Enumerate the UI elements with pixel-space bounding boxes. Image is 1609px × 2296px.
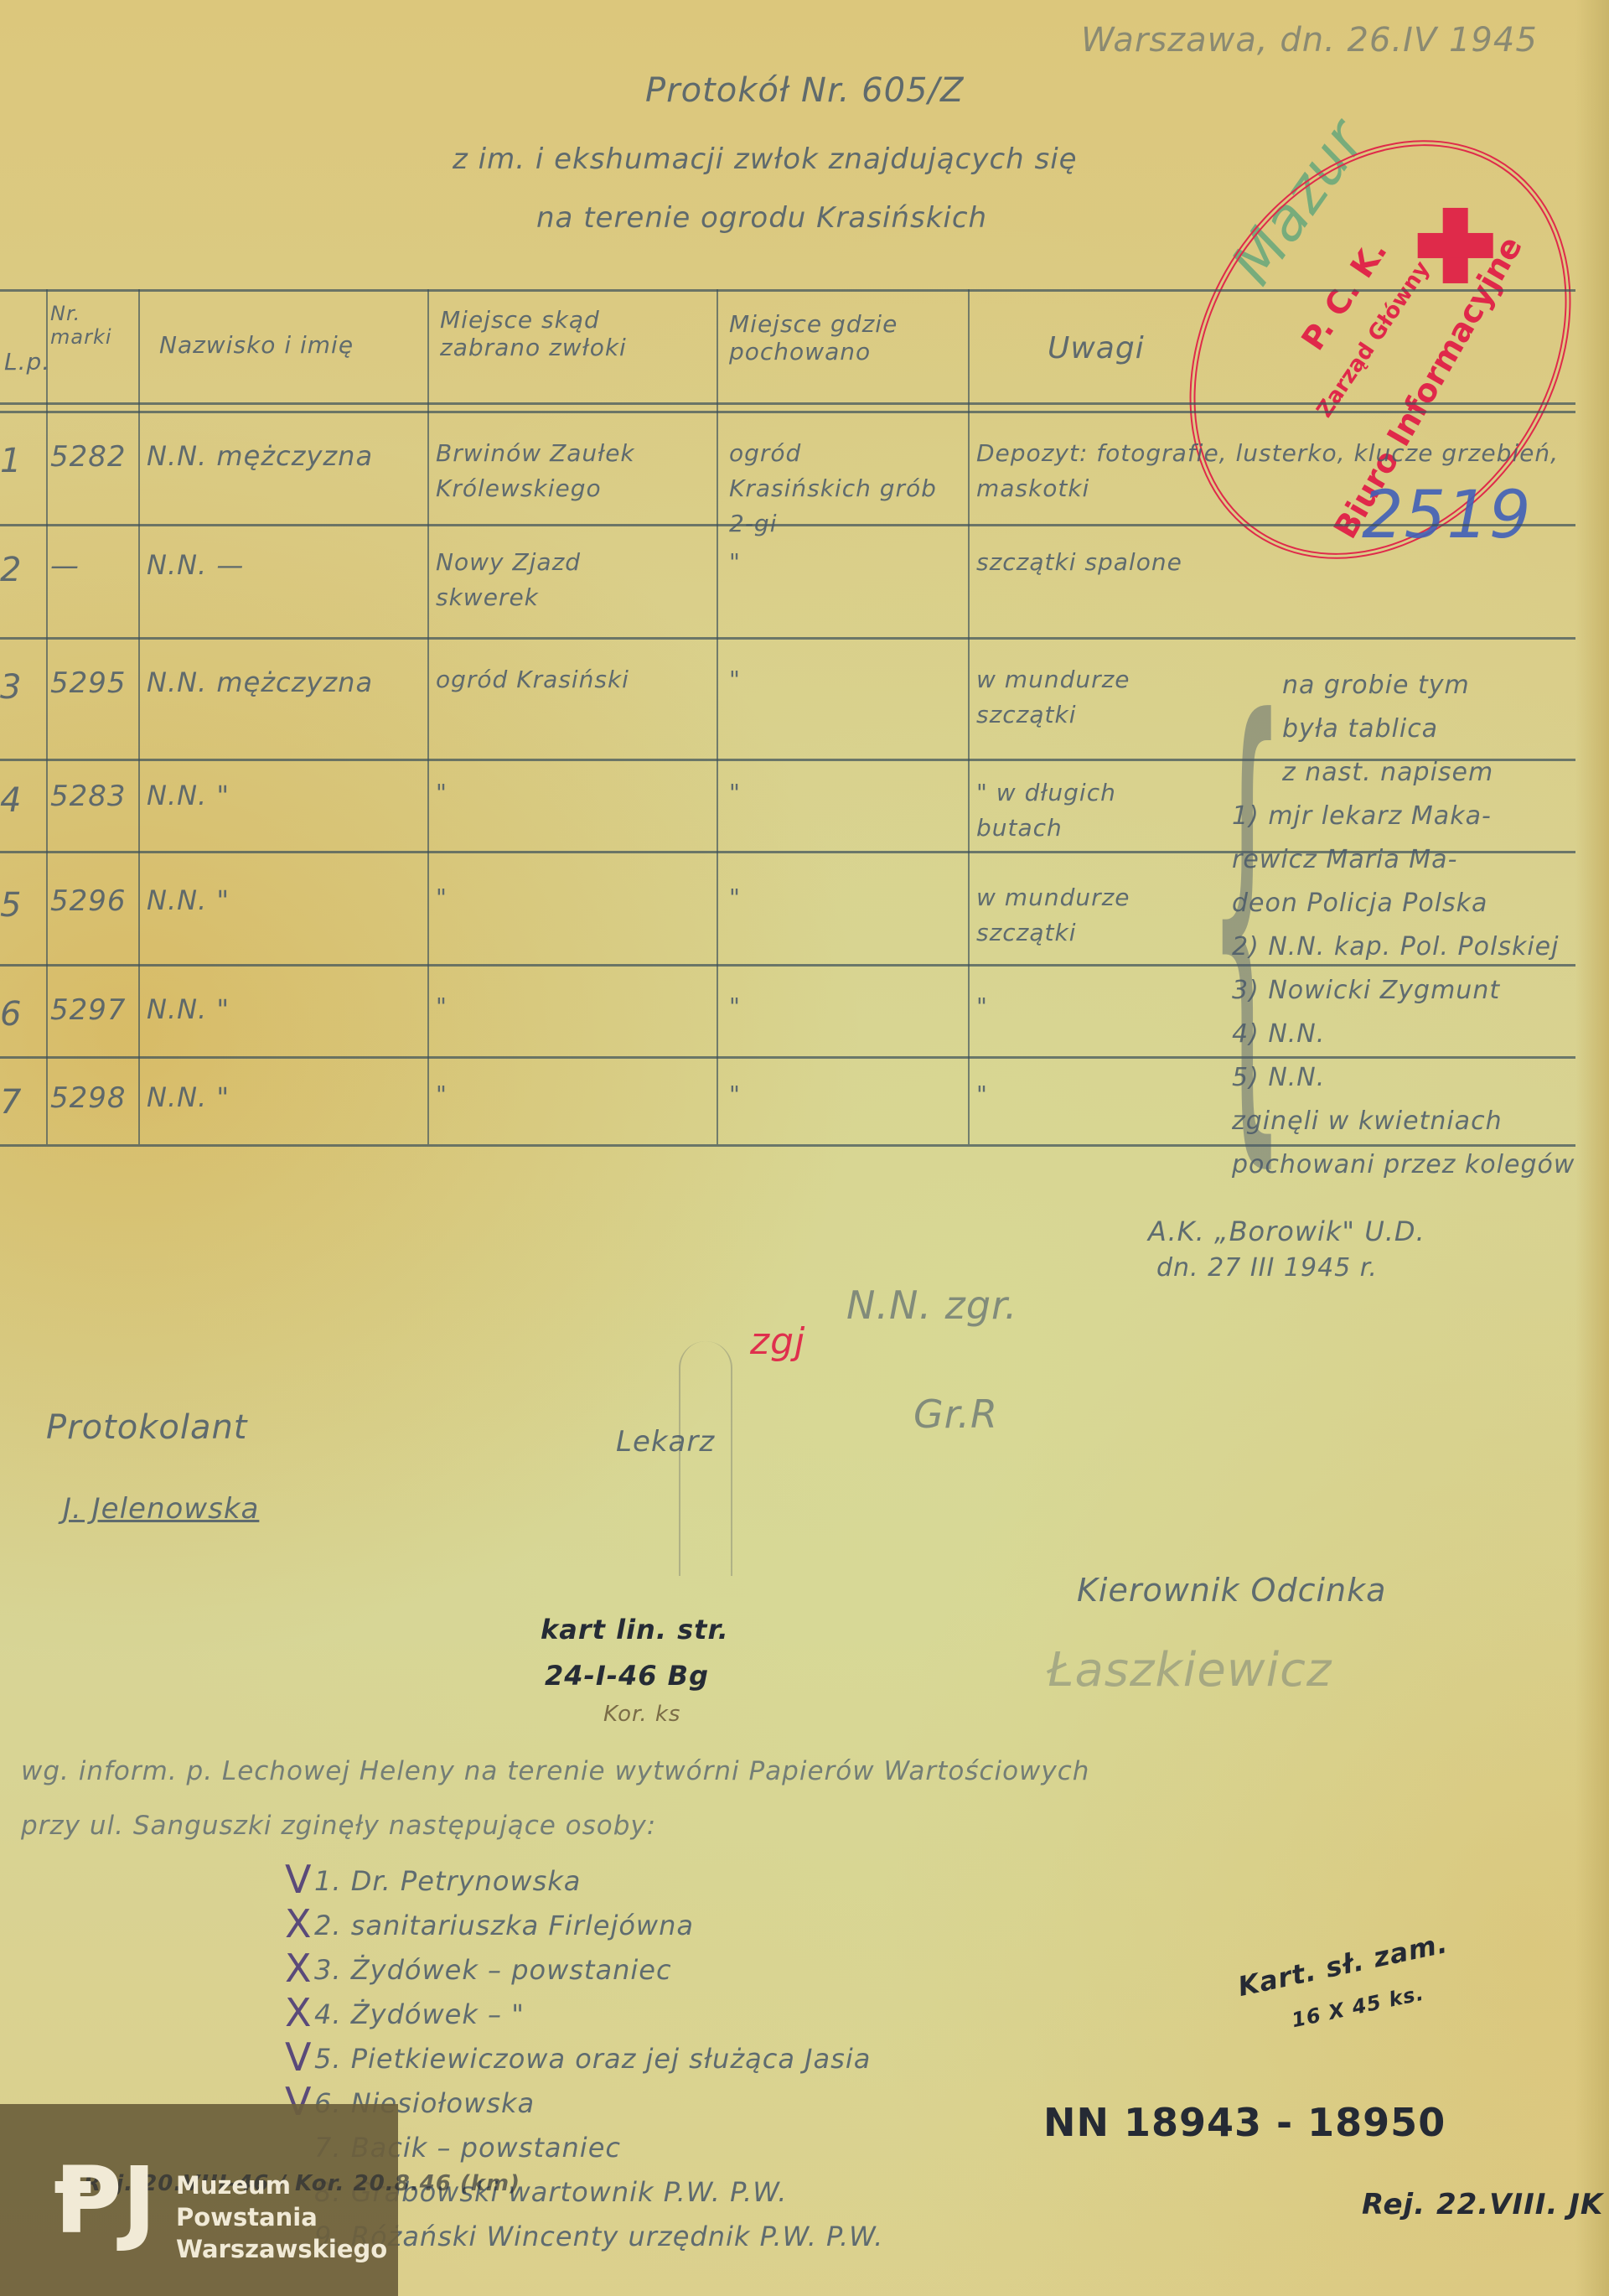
pencil-mark-nn: N.N. zgr.	[846, 1283, 1017, 1328]
grave-plaque-note-line: 1) mjr lekarz Maka-	[1232, 801, 1492, 831]
protocol-title: Protokół Nr. 605/Z	[645, 71, 964, 110]
verification-mark-icon: X	[285, 1990, 312, 2035]
table-cell-notes: w mundurze szczątki	[976, 662, 1177, 733]
verification-mark-icon: X	[285, 1901, 312, 1946]
grave-plaque-note-line: rewicz Maria Ma-	[1232, 845, 1457, 874]
grave-plaque-note-line: 5) N.N.	[1232, 1063, 1325, 1092]
table-cell-name: N.N. "	[147, 775, 415, 816]
victim-entry: 2. sanitariuszka Firlejówna	[314, 1910, 694, 1941]
grave-plaque-note-line: 4) N.N.	[1232, 1019, 1325, 1049]
table-column-line	[717, 289, 718, 1144]
table-header-cell: Miejsce gdzie pochowano	[729, 310, 980, 365]
table-row-line	[0, 964, 1575, 967]
table-cell-from: ogród Krasiński	[436, 662, 687, 697]
table-cell-lp: 3	[0, 662, 32, 713]
table-cell-lp: 4	[0, 775, 32, 826]
table-header-cell: Uwagi	[1048, 331, 1299, 365]
pencil-initials: Gr.R	[913, 1392, 998, 1437]
museum-name: Muzeum Powstania Warszawskiego	[176, 2169, 387, 2265]
place-date: Warszawa, dn. 26.IV 1945	[1081, 21, 1538, 60]
table-cell-notes: szczątki spalone	[976, 545, 1580, 580]
table-cell-marka: 5282	[50, 436, 134, 479]
table-header-cell: Nr. marki	[50, 302, 134, 349]
table-cell-marka: 5283	[50, 775, 134, 818]
museum-name-line3: Warszawskiego	[176, 2233, 387, 2265]
table-cell-name: N.N. "	[147, 1077, 415, 1117]
paper-edge	[1575, 0, 1609, 2296]
table-cell-notes: " w długich butach	[976, 775, 1177, 846]
grave-plaque-note-line: była tablica	[1282, 714, 1438, 744]
below-note-2: dn. 27 III 1945 r.	[1156, 1253, 1378, 1283]
grave-plaque-note-line: pochowani przez kolegów	[1232, 1150, 1575, 1179]
table-row-line	[0, 637, 1575, 640]
verification-mark-icon: X	[285, 1946, 312, 1991]
table-cell-from: "	[436, 880, 687, 915]
victim-entry: 3. Żydówek – powstaniec	[314, 1954, 672, 1986]
table-row-line	[0, 411, 1575, 413]
lekarz-signature-scribble	[679, 1341, 732, 1576]
table-header-cell: L.p.	[4, 348, 46, 376]
red-mark: zgj	[750, 1320, 805, 1363]
table-cell-marka: 5296	[50, 880, 134, 923]
table-cell-marka: 5295	[50, 662, 134, 705]
grave-plaque-note-line: 2) N.N. kap. Pol. Polskiej	[1232, 932, 1559, 961]
museum-watermark: Rej. 20.VIII-46 / Kor. 20.8.46 (km) ⱣJ M…	[0, 2104, 398, 2296]
table-header-cell: Nazwisko i imię	[159, 331, 411, 359]
table-cell-name: N.N. "	[147, 880, 415, 920]
victim-entry: 5. Pietkiewiczowa oraz jej służąca Jasia	[314, 2043, 871, 2075]
table-cell-from: Brwinów Zaułek Królewskiego	[436, 436, 687, 506]
protokolant-signature: J. Jelenowska	[63, 1492, 259, 1526]
table-row-line	[0, 1144, 1575, 1147]
grave-plaque-note-line: deon Policja Polska	[1232, 889, 1487, 918]
table-cell-notes: Depozyt: fotografie, lusterko, klucze gr…	[976, 436, 1580, 506]
kierownik-signature: Łaszkiewicz	[1048, 1643, 1332, 1697]
table-row-line	[0, 289, 1575, 292]
table-cell-from: "	[436, 775, 687, 811]
victim-entry: 9. Różański Wincenty urzędnik P.W. P.W.	[314, 2221, 883, 2252]
info-line-2: przy ul. Sanguszki zginęły następujące o…	[21, 1811, 656, 1841]
grave-plaque-note-line: na grobie tym	[1282, 671, 1470, 700]
table-cell-buried: ogród Krasińskich grób 2-gi	[729, 436, 947, 542]
table-cell-notes: "	[976, 1077, 1177, 1112]
table-cell-marka: 5297	[50, 989, 134, 1032]
below-note-1: A.K. „Borowik" U.D.	[1148, 1215, 1425, 1247]
kart-lin-line3: Kor. ks	[603, 1702, 680, 1727]
victim-entry: 4. Żydówek – "	[314, 1998, 525, 2030]
victim-entry: 1. Dr. Petrynowska	[314, 1865, 581, 1897]
table-cell-buried: "	[729, 545, 947, 580]
table-header-cell: Miejsce skąd zabrano zwłoki	[440, 306, 691, 361]
table-cell-name: N.N. mężczyzna	[147, 662, 415, 702]
table-cell-buried: "	[729, 775, 947, 811]
nn-range: NN 18943 - 18950	[1043, 2100, 1446, 2145]
table-cell-notes: w mundurze szczątki	[976, 880, 1177, 951]
table-row-line	[0, 402, 1575, 405]
grave-plaque-note-line: z nast. napisem	[1282, 758, 1493, 787]
table-column-line	[46, 289, 48, 1144]
table-cell-buried: "	[729, 989, 947, 1024]
rej-note: Rej. 22.VIII. JK	[1362, 2188, 1603, 2221]
table-cell-notes: "	[976, 989, 1177, 1024]
protokolant-label: Protokolant	[46, 1408, 248, 1447]
kart-lin-line2: 24-I-46 Bg	[545, 1660, 709, 1692]
museum-name-line1: Muzeum	[176, 2169, 387, 2201]
kart-lin-line1: kart lin. str.	[541, 1614, 729, 1646]
table-cell-lp: 2	[0, 545, 32, 595]
table-cell-marka: —	[50, 545, 134, 588]
table-cell-from: "	[436, 1077, 687, 1112]
table-column-line	[138, 289, 140, 1144]
grave-plaque-note-line: 3) Nowicki Zygmunt	[1232, 976, 1500, 1005]
table-cell-buried: "	[729, 662, 947, 697]
protocol-subtitle-1: z im. i ekshumacji zwłok znajdujących si…	[453, 143, 1078, 176]
table-cell-lp: 7	[0, 1077, 32, 1127]
table-cell-from: "	[436, 989, 687, 1024]
table-cell-lp: 6	[0, 989, 32, 1039]
table-cell-lp: 1	[0, 436, 32, 486]
kierownik-label: Kierownik Odcinka	[1077, 1572, 1386, 1609]
info-line-1: wg. inform. p. Lechowej Heleny na tereni…	[21, 1756, 1089, 1786]
table-cell-name: N.N. "	[147, 989, 415, 1029]
table-cell-marka: 5298	[50, 1077, 134, 1120]
table-column-line	[968, 289, 970, 1144]
table-cell-lp: 5	[0, 880, 32, 930]
verification-mark-icon: V	[285, 1857, 311, 1902]
table-cell-name: N.N. mężczyzna	[147, 436, 415, 476]
table-cell-from: Nowy Zjazd skwerek	[436, 545, 687, 615]
table-column-line	[427, 289, 429, 1144]
table-cell-buried: "	[729, 880, 947, 915]
table-cell-buried: "	[729, 1077, 947, 1112]
verification-mark-icon: V	[285, 2034, 311, 2080]
grave-plaque-note-line: zginęli w kwietniach	[1232, 1107, 1503, 1136]
table-cell-name: N.N. —	[147, 545, 415, 585]
protocol-subtitle-2: na terenie ogrodu Krasińskich	[536, 201, 987, 235]
kotwica-logo-icon: ⱣJ	[54, 2154, 151, 2259]
museum-name-line2: Powstania	[176, 2201, 387, 2233]
table-row-line	[0, 1056, 1575, 1059]
